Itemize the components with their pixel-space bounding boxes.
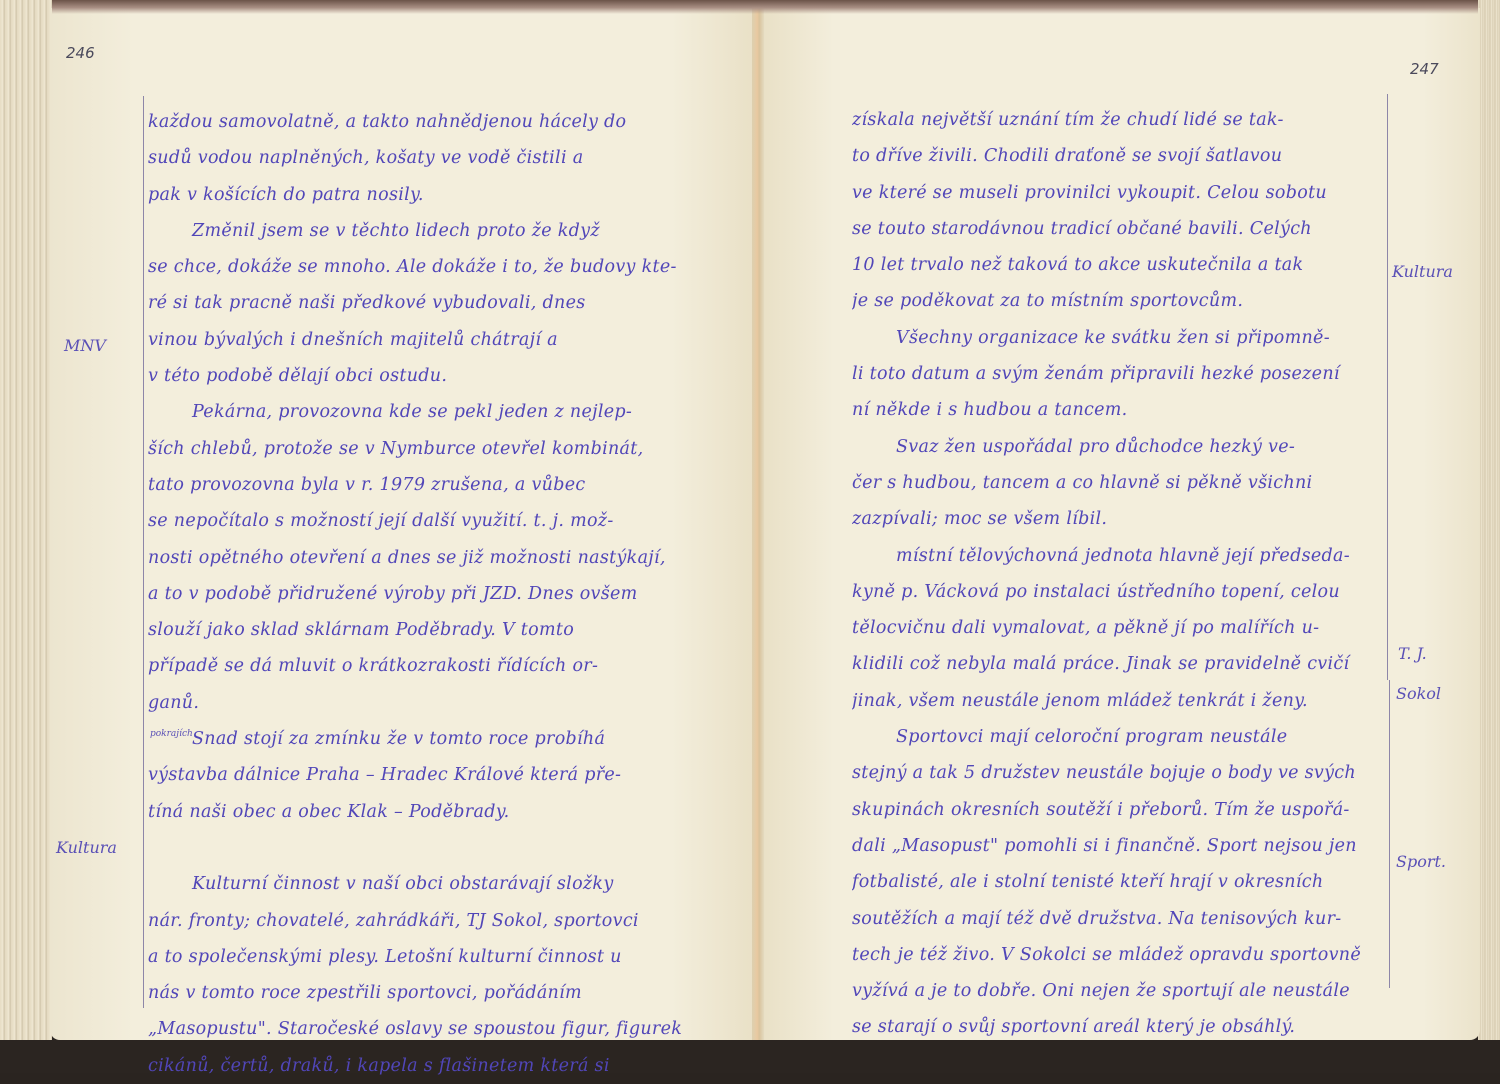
right-page-edges bbox=[1478, 0, 1500, 1040]
open-book-scan: 246 247 MNV Kultura Kultura T. J. Sokol … bbox=[0, 0, 1500, 1073]
right-margin-rule-lower bbox=[1389, 680, 1390, 988]
text-line: se touto starodávnou tradicí občané bavi… bbox=[852, 211, 1384, 247]
margin-note-sokol: Sokol bbox=[1396, 684, 1441, 703]
text-line: tělocvičnu dali vymalovat, a pěkně jí po… bbox=[852, 610, 1384, 646]
margin-note-kultura-right: Kultura bbox=[1392, 262, 1453, 281]
text-line: nás v tomto roce zpestřili sportovci, po… bbox=[148, 975, 708, 1011]
text-line: soutěžích a mají též dvě družstva. Na te… bbox=[852, 901, 1384, 937]
text-line: vyžívá a je to dobře. Oni nejen že sport… bbox=[852, 973, 1384, 1009]
text-line: ganů. bbox=[148, 685, 708, 721]
text-line: ré si tak pracně naši předkové vybudoval… bbox=[148, 285, 708, 321]
text-line: Změnil jsem se v těchto lidech proto že … bbox=[148, 213, 708, 249]
text-line: „Masopustu". Staročeské oslavy se spoust… bbox=[148, 1011, 708, 1047]
text-line: případě se dá mluvit o krátkozrakosti ří… bbox=[148, 648, 708, 684]
text-line: dali „Masopust" pomohli si i finančně. S… bbox=[852, 828, 1384, 864]
left-page-text: každou samovolatně, a takto nahnědjenou … bbox=[148, 104, 708, 1073]
margin-note-mnv: MNV bbox=[64, 336, 106, 355]
margin-note-tj: T. J. bbox=[1398, 644, 1427, 663]
text-line: nár. fronty; chovatelé, zahrádkáři, TJ S… bbox=[148, 903, 708, 939]
text-line: tato provozovna byla v r. 1979 zrušena, … bbox=[148, 467, 708, 503]
right-page-text: získala největší uznání tím že chudí lid… bbox=[852, 102, 1384, 1046]
text-line: ve které se museli provinilci vykoupit. … bbox=[852, 175, 1384, 211]
text-line: klidili což nebyla malá práce. Jinak se … bbox=[852, 646, 1384, 682]
text-line: každou samovolatně, a takto nahnědjenou … bbox=[148, 104, 708, 140]
text-line: a to společenskými plesy. Letošní kultur… bbox=[148, 939, 708, 975]
text-line: se starají o svůj sportovní areál který … bbox=[852, 1009, 1384, 1045]
book-gutter bbox=[752, 0, 764, 1040]
text-line: Pekárna, provozovna kde se pekl jeden z … bbox=[148, 394, 708, 430]
text-line: stejný a tak 5 družstev neustále bojuje … bbox=[852, 755, 1384, 791]
text-line: v této podobě dělají obci ostudu. bbox=[148, 358, 708, 394]
left-page-edges bbox=[0, 0, 52, 1040]
text-line: sudů vodou naplněných, košaty ve vodě či… bbox=[148, 140, 708, 176]
text-line: zazpívali; moc se všem líbil. bbox=[852, 501, 1384, 537]
text-line: Kulturní činnost v naší obci obstarávají… bbox=[148, 866, 708, 902]
page-number-left: 246 bbox=[66, 44, 95, 62]
text-line: je se poděkovat za to místním sportovcům… bbox=[852, 283, 1384, 319]
text-line: skupinách okresních soutěží i přeborů. T… bbox=[852, 792, 1384, 828]
text-line: kyně p. Vácková po instalaci ústředního … bbox=[852, 574, 1384, 610]
text-line: ní někde i s hudbou a tancem. bbox=[852, 392, 1384, 428]
text-line: Všechny organizace ke svátku žen si přip… bbox=[852, 320, 1384, 356]
text-line: cikánů, čertů, draků, i kapela s flašine… bbox=[148, 1048, 708, 1073]
text-line: Snad stojí za zmínku že v tomto roce pro… bbox=[148, 721, 708, 757]
text-line: Svaz žen uspořádal pro důchodce hezký ve… bbox=[852, 429, 1384, 465]
text-line: vinou bývalých i dnešních majitelů chátr… bbox=[148, 322, 708, 358]
right-margin-rule bbox=[1387, 94, 1388, 680]
text-line: místní tělovýchovná jednota hlavně její … bbox=[852, 538, 1384, 574]
text-line-blank bbox=[148, 830, 708, 866]
text-line: tech je též živo. V Sokolci se mládež op… bbox=[852, 937, 1384, 973]
text-line: se nepočítalo s možností její další využ… bbox=[148, 503, 708, 539]
text-line: nosti opětného otevření a dnes se již mo… bbox=[148, 540, 708, 576]
text-line: fotbalisté, ale i stolní tenisté kteří h… bbox=[852, 864, 1384, 900]
text-line: to dříve živili. Chodili draťoně se svoj… bbox=[852, 138, 1384, 174]
margin-note-kultura-left: Kultura bbox=[56, 838, 117, 857]
text-line: a to v podobě přidružené výroby při JZD.… bbox=[148, 576, 708, 612]
text-line: Sportovci mají celoroční program neustál… bbox=[852, 719, 1384, 755]
top-edge-shadow bbox=[52, 0, 1478, 14]
text-line: li toto datum a svým ženám připravili he… bbox=[852, 356, 1384, 392]
text-line: tíná naši obec a obec Klak – Poděbrady. bbox=[148, 794, 708, 830]
text-line: ších chlebů, protože se v Nymburce otevř… bbox=[148, 431, 708, 467]
margin-note-sport: Sport. bbox=[1396, 852, 1446, 871]
page-number-right: 247 bbox=[1410, 60, 1439, 78]
text-line: pak v košících do patra nosily. bbox=[148, 177, 708, 213]
text-line: 10 let trvalo než taková to akce uskuteč… bbox=[852, 247, 1384, 283]
text-line: získala největší uznání tím že chudí lid… bbox=[852, 102, 1384, 138]
text-line: slouží jako sklad sklárnam Poděbrady. V … bbox=[148, 612, 708, 648]
text-line: výstavba dálnice Praha – Hradec Králové … bbox=[148, 757, 708, 793]
text-line: se chce, dokáže se mnoho. Ale dokáže i t… bbox=[148, 249, 708, 285]
left-margin-rule bbox=[143, 96, 144, 1008]
text-line: čer s hudbou, tancem a co hlavně si pěkn… bbox=[852, 465, 1384, 501]
text-line: jinak, všem neustále jenom mládež tenkrá… bbox=[852, 683, 1384, 719]
